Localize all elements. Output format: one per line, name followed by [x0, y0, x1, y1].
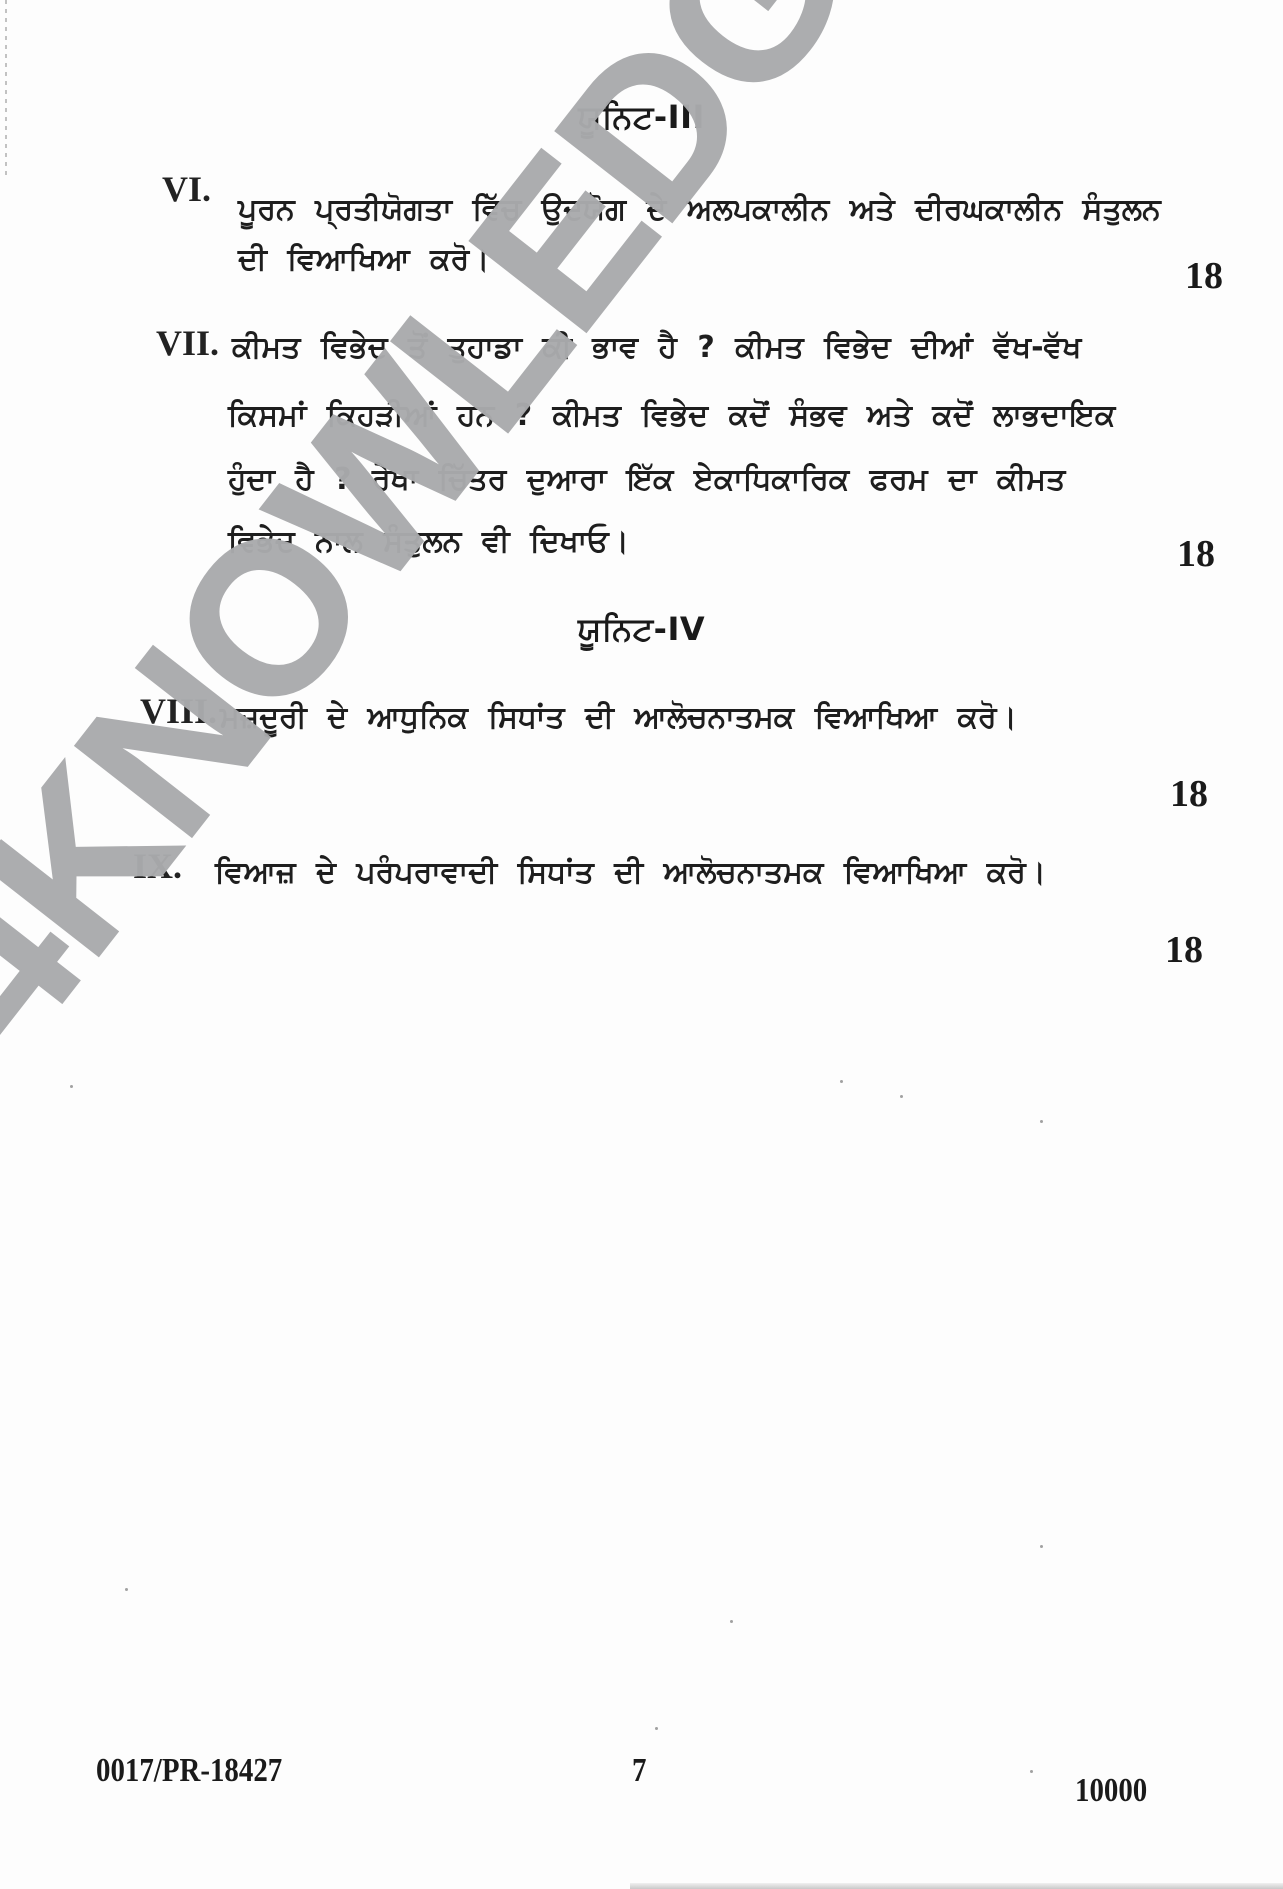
question-8-number: VIII.: [140, 690, 217, 732]
scan-speck: [840, 1080, 843, 1083]
footer-paper-code: 0017/PR-18427: [96, 1752, 282, 1790]
question-9-line-1: ਵਿਆਜ਼ ਦੇ ਪਰੰਪਰਾਵਾਦੀ ਸਿਧਾਂਤ ਦੀ ਆਲੋਚਨਾਤਮਕ …: [215, 855, 1046, 890]
footer-copies: 10000: [1075, 1772, 1147, 1810]
unit-3-heading: ਯੂਨਿਟ-III: [0, 98, 1283, 137]
question-6-line-1: ਪੂਰਨ ਪ੍ਰਤੀਯੋਗਤਾ ਵਿੱਚ ਉਦਯੋਗ ਦੇ ਅਲਪਕਾਲੀਨ ਅ…: [238, 192, 1161, 227]
question-7-marks: 18: [1177, 532, 1215, 576]
question-7-line-4: ਵਿਭੇਦ ਨਾਲ ਸੰਤੁਲਨ ਵੀ ਦਿਖਾਓ।: [228, 524, 629, 559]
unit-4-heading: ਯੂਨਿਟ-IV: [0, 610, 1283, 649]
scan-speck: [1040, 1120, 1043, 1123]
question-6-line-2: ਦੀ ਵਿਆਖਿਆ ਕਰੋ।: [238, 242, 489, 277]
question-6-marks: 18: [1185, 254, 1223, 298]
footer-page-number: 7: [632, 1752, 646, 1790]
scan-bottom-edge: [630, 1883, 1283, 1889]
scan-edge-artifact: [5, 0, 7, 180]
question-8-line-1: ਮਜ਼ਦੂਰੀ ਦੇ ਆਧੁਨਿਕ ਸਿਧਾਂਤ ਦੀ ਆਲੋਚਨਾਤਮਕ ਵਿ…: [220, 700, 1017, 735]
scan-speck: [655, 1727, 658, 1730]
scan-speck: [900, 1095, 903, 1098]
scan-speck: [70, 1085, 73, 1088]
question-7-line-3: ਹੁੰਦਾ ਹੈ ? ਰੇਖਾ ਚਿੱਤਰ ਦੁਆਰਾ ਇੱਕ ਏਕਾਧਿਕਾਰ…: [228, 462, 1065, 497]
question-9-marks: 18: [1165, 928, 1203, 972]
scan-speck: [730, 1620, 733, 1623]
question-8-marks: 18: [1170, 772, 1208, 816]
question-9-number: IX.: [133, 845, 182, 887]
question-7-line-2: ਕਿਸਮਾਂ ਕਿਹੜੀਆਂ ਹਨ ? ਕੀਮਤ ਵਿਭੇਦ ਕਦੋਂ ਸੰਭਵ…: [228, 398, 1115, 433]
scan-speck: [1040, 1545, 1043, 1548]
question-7-number: VII.: [156, 322, 219, 364]
question-6-number: VI.: [162, 168, 211, 210]
scan-speck: [125, 1588, 128, 1591]
question-7-line-1: ਕੀਮਤ ਵਿਭੇਦ ਤੋਂ ਤੁਹਾਡਾ ਕੀ ਭਾਵ ਹੈ ? ਕੀਮਤ ਵ…: [232, 330, 1081, 365]
scan-speck: [1030, 1770, 1033, 1773]
